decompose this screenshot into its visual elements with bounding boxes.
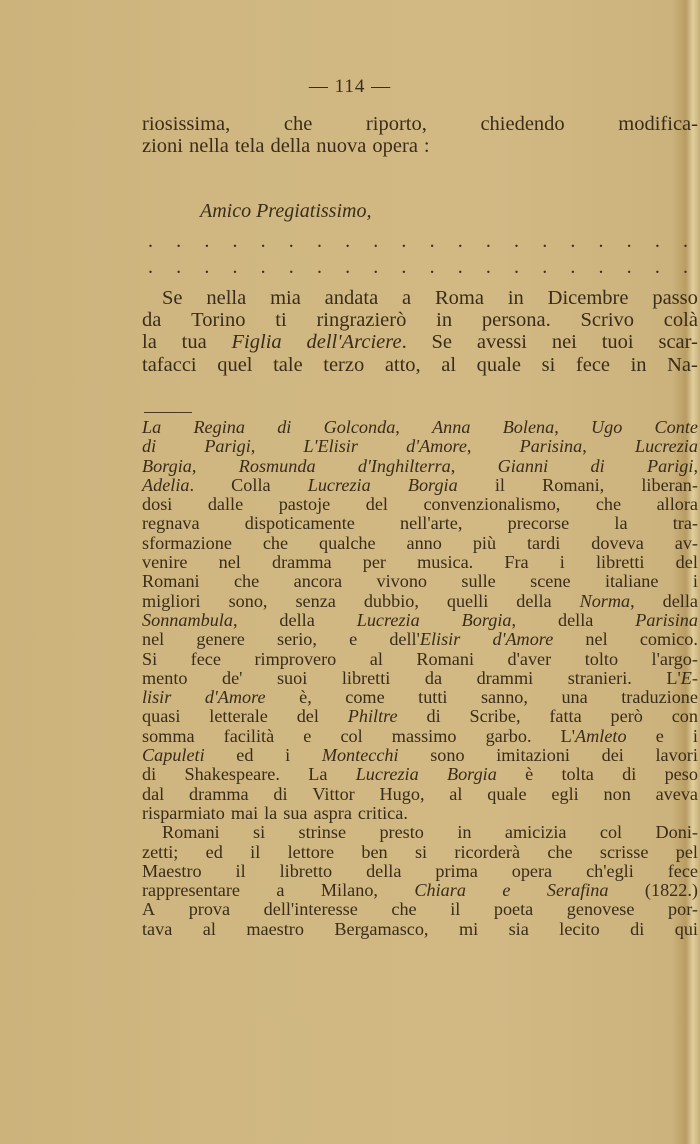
footnote-line: venireneldrammapermusica.Frailibrettidel — [142, 553, 698, 572]
footnote-line: tavaalmaestroBergamasco,misialecitodiqui — [142, 920, 698, 939]
footnote-line: lisird'Amoreè,cometuttisanno,unatraduzio… — [142, 688, 698, 707]
footnote-line: dosidallepastojedelconvenzionalismo,chea… — [142, 495, 698, 514]
ellipsis-row: .................... — [148, 256, 688, 279]
footnote-line: LaReginadiGolconda,AnnaBolena,UgoConte — [142, 418, 698, 437]
footnote-line: Aprovadell'interessecheilpoetagenovesepo… — [142, 900, 698, 919]
ellipsis-row: .................... — [148, 230, 688, 253]
footnote-line: diShakespeare.LaLucreziaBorgiaètoltadipe… — [142, 765, 698, 784]
footnote-rule — [144, 412, 192, 414]
footnote-line: diParigi,L'Elisird'Amore,Parisina,Lucrez… — [142, 437, 698, 456]
footnote-line: risparmiatomailasuaaspracritica. — [142, 804, 698, 823]
footnote-line: daldrammadiVittorHugo,alqualeeglinonavev… — [142, 785, 698, 804]
letter-greeting: Amico Pregiatissimo, — [200, 200, 371, 223]
body-text-top: riosissima,cheriporto,chiedendomodifica-… — [142, 113, 698, 157]
text-line: tafacciqueltaleterzoatto,alqualesifecein… — [142, 354, 698, 376]
footnote-line: sformazionechequalcheannopiùtardidovevaa… — [142, 534, 698, 553]
page-number: — 114 — — [0, 76, 700, 98]
text-line: zioninellateladellanuovaopera: — [142, 135, 698, 157]
text-line: daTorinotiringrazieròinpersona.Scrivocol… — [142, 309, 698, 331]
footnote-line: CapuletiediMontecchisonoimitazionideilav… — [142, 746, 698, 765]
text-line: latuaFigliadell'Arciere.Seavessineituois… — [142, 331, 698, 353]
footnote-line: Maestroillibrettodellaprimaoperach'eglif… — [142, 862, 698, 881]
footnote-line: sommafacilitàecolmassimogarbo.L'Amletoei — [142, 727, 698, 746]
footnote-line: rappresentareaMilano,ChiaraeSerafina(182… — [142, 881, 698, 900]
text-line: riosissima,cheriporto,chiedendomodifica- — [142, 113, 698, 135]
letter-body: SenellamiaandataaRomainDicembrepasso daT… — [142, 287, 698, 376]
footnote-line: Borgia,Rosmundad'Inghilterra,GiannidiPar… — [142, 457, 698, 476]
footnote-line: mentode'suoilibrettidadrammistranieri.L'… — [142, 669, 698, 688]
footnote-line: RomanisistrinseprestoinamiciziacolDoni- — [142, 823, 698, 842]
footnote-line: Adelia.CollaLucreziaBorgiailRomani,liber… — [142, 476, 698, 495]
footnote-line: zetti;edillettorebensiricorderàchescriss… — [142, 843, 698, 862]
text-line: SenellamiaandataaRomainDicembrepasso — [142, 287, 698, 309]
footnote-line: Romanicheancoravivonosullesceneitalianei — [142, 572, 698, 591]
footnote: LaReginadiGolconda,AnnaBolena,UgoConte d… — [142, 418, 698, 939]
footnote-line: Sonnambula,dellaLucreziaBorgia,dellaPari… — [142, 611, 698, 630]
footnote-line: nelgenereserio,edell'Elisird'Amorenelcom… — [142, 630, 698, 649]
footnote-line: quasiletteraledelPhiltrediScribe,fattape… — [142, 707, 698, 726]
book-page: — 114 — riosissima,cheriporto,chiedendom… — [0, 0, 700, 1144]
footnote-line: SifecerimproveroalRomanid'avertoltol'arg… — [142, 650, 698, 669]
footnote-line: migliorisono,senzadubbio,quellidellaNorm… — [142, 592, 698, 611]
footnote-line: regnavadispoticamentenell'arte,precorsel… — [142, 514, 698, 533]
